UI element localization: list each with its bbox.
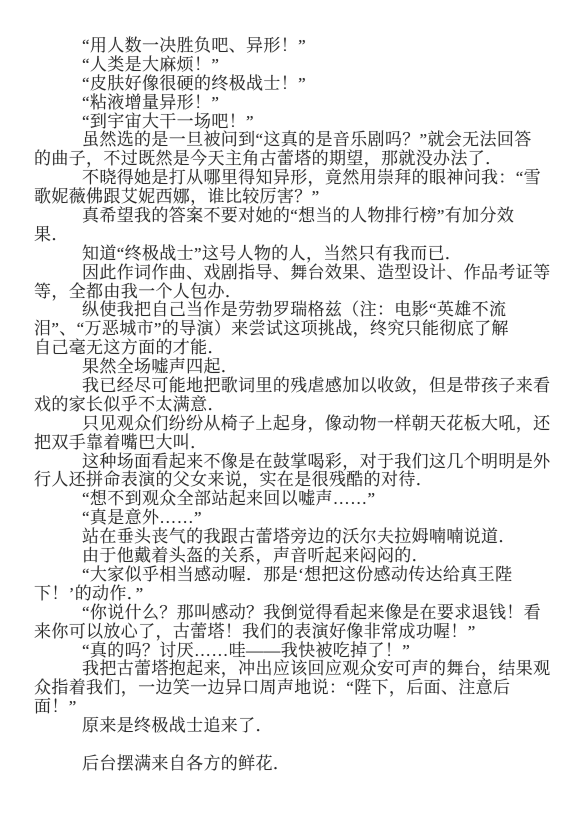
text-line: 果然全场嘘声四起． [34,358,554,377]
text-line: “你说什么？那叫感动？我倒觉得看起来像是在要求退钱！看 [34,604,554,623]
text-line: 歌妮薇佛跟艾妮西娜，谁比较厉害？” [34,188,554,207]
text-line: 来你可以放心了，古蕾塔！我们的表演好像非常成功喔！” [34,623,554,642]
text-line: 我把古蕾塔抱起来，冲出应该回应观众安可声的舞台，结果观 [34,660,554,679]
text-line: “皮肤好像很硬的终极战士！” [34,75,554,94]
text-line: 真希望我的答案不要对她的“想当的人物排行榜”有加分效 [34,207,554,226]
text-line: “想不到观众全部站起来回以嘘声……” [34,490,554,509]
text-line: “人类是大麻烦！” [34,56,554,75]
text-line: 站在垂头丧气的我跟古蕾塔旁边的沃尔夫拉姆喃喃说道． [34,528,554,547]
text-line: 戏的家长似乎不太满意． [34,396,554,415]
text-line [34,736,554,755]
document-page: “用人数一决胜负吧、异形！”“人类是大麻烦！”“皮肤好像很硬的终极战士！”“粘液… [0,0,583,828]
text-line: 虽然选的是一旦被问到“这真的是音乐剧吗？”就会无法回答 [34,131,554,150]
text-line: 我已经尽可能地把歌词里的残虐感加以收敛，但是带孩子来看 [34,377,554,396]
text-line: “粘液增量异形！” [34,94,554,113]
text-line: 行人还拼命表演的父女来说，实在是很残酷的对待． [34,471,554,490]
text-line: “真是意外……” [34,509,554,528]
text-line: 由于他戴着头盔的关系，声音听起来闷闷的． [34,547,554,566]
text-line: 泪”、“万恶城市”的导演）来尝试这项挑战，终究只能彻底了解 [34,320,554,339]
text-line: 原来是终极战士追来了． [34,717,554,736]
text-line: 不晓得她是打从哪里得知异形，竟然用崇拜的眼神问我：“雪 [34,169,554,188]
text-line: 自己毫无这方面的才能． [34,339,554,358]
text-line: 纵使我把自己当作是劳勃罗瑞格兹（注：电影“英雄不流 [34,301,554,320]
text-line: “用人数一决胜负吧、异形！” [34,37,554,56]
text-line: 的曲子，不过既然是今天主角古蕾塔的期望，那就没办法了． [34,150,554,169]
text-line: 知道“终极战士”这号人物的人，当然只有我而已． [34,245,554,264]
text-line: “真的吗？讨厌……哇——我快被吃掉了！” [34,642,554,661]
text-line: 众指着我们，一边笑一边异口周声地说：“陛下，后面、注意后 [34,679,554,698]
text-line: “到宇宙大干一场吧！” [34,113,554,132]
text-line: 只见观众们纷纷从椅子上起身，像动物一样朝天花板大吼，还 [34,415,554,434]
text-line: 果． [34,226,554,245]
text-line: 这种场面看起来不像是在鼓掌喝彩，对于我们这几个明明是外 [34,453,554,472]
text-line: 下！’的动作．” [34,585,554,604]
text-line: 等，全都由我一个人包办． [34,283,554,302]
text-block: “用人数一决胜负吧、异形！”“人类是大麻烦！”“皮肤好像很硬的终极战士！”“粘液… [34,37,554,774]
text-line: 因此作词作曲、戏剧指导、舞台效果、造型设计、作品考证等 [34,264,554,283]
text-line: 把双手靠着嘴巴大叫． [34,434,554,453]
text-line: “大家似乎相当感动喔．那是‘想把这份感动传达给真王陛 [34,566,554,585]
text-line: 面！” [34,698,554,717]
text-line: 后台摆满来自各方的鲜花． [34,755,554,774]
